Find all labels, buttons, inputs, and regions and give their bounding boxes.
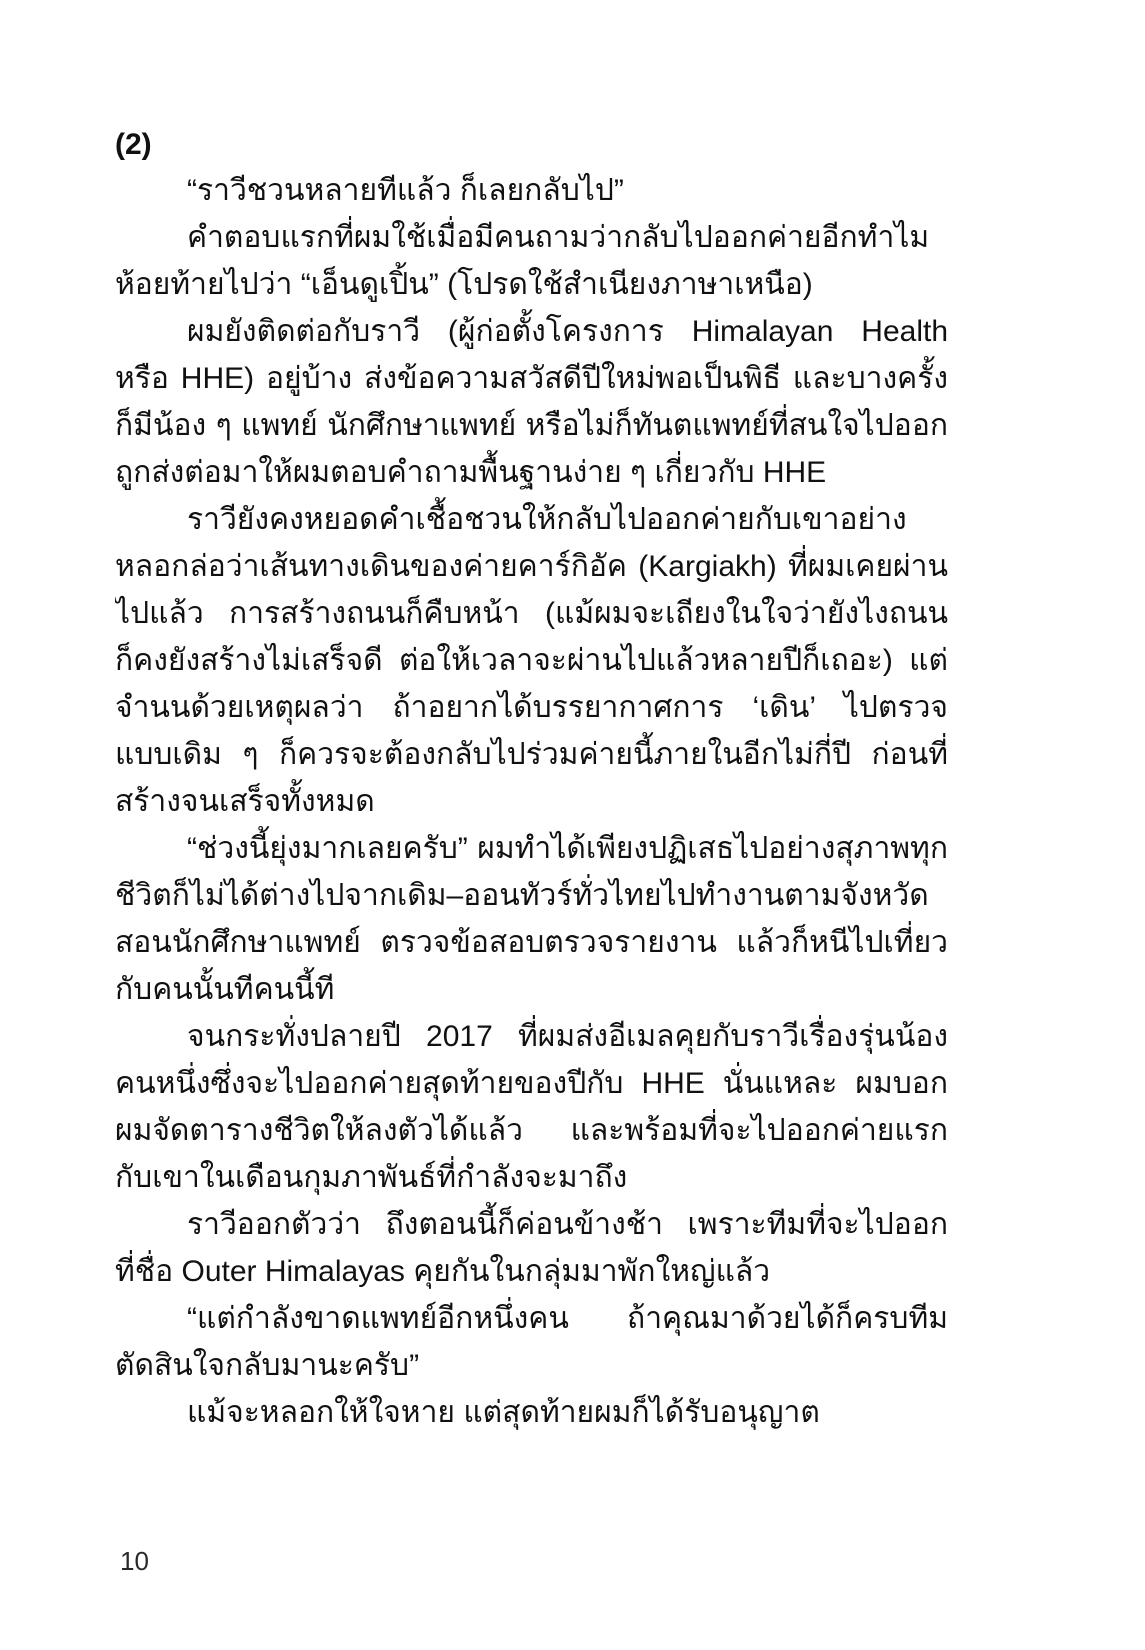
- text-line: ผมยังติดต่อกับราวี (ผู้ก่อตั้งโครงการ Hi…: [115, 308, 948, 355]
- text-line: หรือ HHE) อยู่บ้าง ส่งข้อความสวัสดีปีใหม…: [115, 355, 948, 402]
- text-line: “แต่กำลังขาดแพทย์อีกหนึ่งคน ถ้าคุณมาด้วย…: [115, 1295, 948, 1342]
- text-line: สร้างจนเสร็จทั้งหมด: [115, 778, 948, 825]
- text-line: กับคนนั้นทีคนนี้ที: [115, 966, 948, 1013]
- text-line: จำนนด้วยเหตุผลว่า ถ้าอยากได้บรรยากาศการ …: [115, 684, 948, 731]
- text-line: กับเขาในเดือนกุมภาพันธ์ที่กำลังจะมาถึง: [115, 1154, 948, 1201]
- text-line: จนกระทั่งปลายปี 2017 ที่ผมส่งอีเมลคุยกับ…: [115, 1013, 948, 1060]
- text-line: “ราวีชวนหลายทีแล้ว ก็เลยกลับไป”: [115, 167, 948, 214]
- text-line: “ช่วงนี้ยุ่งมากเลยครับ” ผมทำได้เพียงปฏิเ…: [115, 825, 948, 872]
- text-line: สอนนักศึกษาแพทย์ ตรวจข้อสอบตรวจรายงาน แล…: [115, 919, 948, 966]
- text-line: ราวีออกตัวว่า ถึงตอนนี้ก็ค่อนข้างช้า เพร…: [115, 1201, 948, 1248]
- text-line: ไปแล้ว การสร้างถนนก็คืบหน้า (แม้ผมจะเถีย…: [115, 590, 948, 637]
- body-text: “ราวีชวนหลายทีแล้ว ก็เลยกลับไป”คำตอบแรกท…: [115, 167, 948, 1436]
- text-line: แบบเดิม ๆ ก็ควรจะต้องกลับไปร่วมค่ายนี้ภา…: [115, 731, 948, 778]
- text-line: ก็คงยังสร้างไม่เสร็จดี ต่อให้เวลาจะผ่านไ…: [115, 637, 948, 684]
- text-line: หลอกล่อว่าเส้นทางเดินของค่ายคาร์กิอัค (K…: [115, 543, 948, 590]
- text-line: ถูกส่งต่อมาให้ผมตอบคำถามพื้นฐานง่าย ๆ เก…: [115, 449, 948, 496]
- text-line: ตัดสินใจกลับมานะครับ”: [115, 1342, 948, 1389]
- text-line: ที่ชื่อ Outer Himalayas คุยกันในกลุ่มมาพ…: [115, 1248, 948, 1295]
- text-line: คนหนึ่งซึ่งจะไปออกค่ายสุดท้ายของปีกับ HH…: [115, 1060, 948, 1107]
- text-line: ราวียังคงหยอดคำเชื้อชวนให้กลับไปออกค่ายก…: [115, 496, 948, 543]
- text-line: ชีวิตก็ไม่ได้ต่างไปจากเดิม–ออนทัวร์ทั่วไ…: [115, 872, 948, 919]
- text-line: ผมจัดตารางชีวิตให้ลงตัวได้แล้ว และพร้อมท…: [115, 1107, 948, 1154]
- book-page: (2) “ราวีชวนหลายทีแล้ว ก็เลยกลับไป”คำตอบ…: [0, 0, 1145, 1650]
- section-number: (2): [115, 122, 152, 167]
- text-line: ห้อยท้ายไปว่า “เอ็นดูเปิ้น” (โปรดใช้สำเน…: [115, 261, 948, 308]
- text-line: แม้จะหลอกให้ใจหาย แต่สุดท้ายผมก็ได้รับอน…: [115, 1389, 948, 1436]
- page-number: 10: [120, 1546, 149, 1576]
- text-line: ก็มีน้อง ๆ แพทย์ นักศึกษาแพทย์ หรือไม่ก็…: [115, 402, 948, 449]
- text-line: คำตอบแรกที่ผมใช้เมื่อมีคนถามว่ากลับไปออก…: [115, 214, 948, 261]
